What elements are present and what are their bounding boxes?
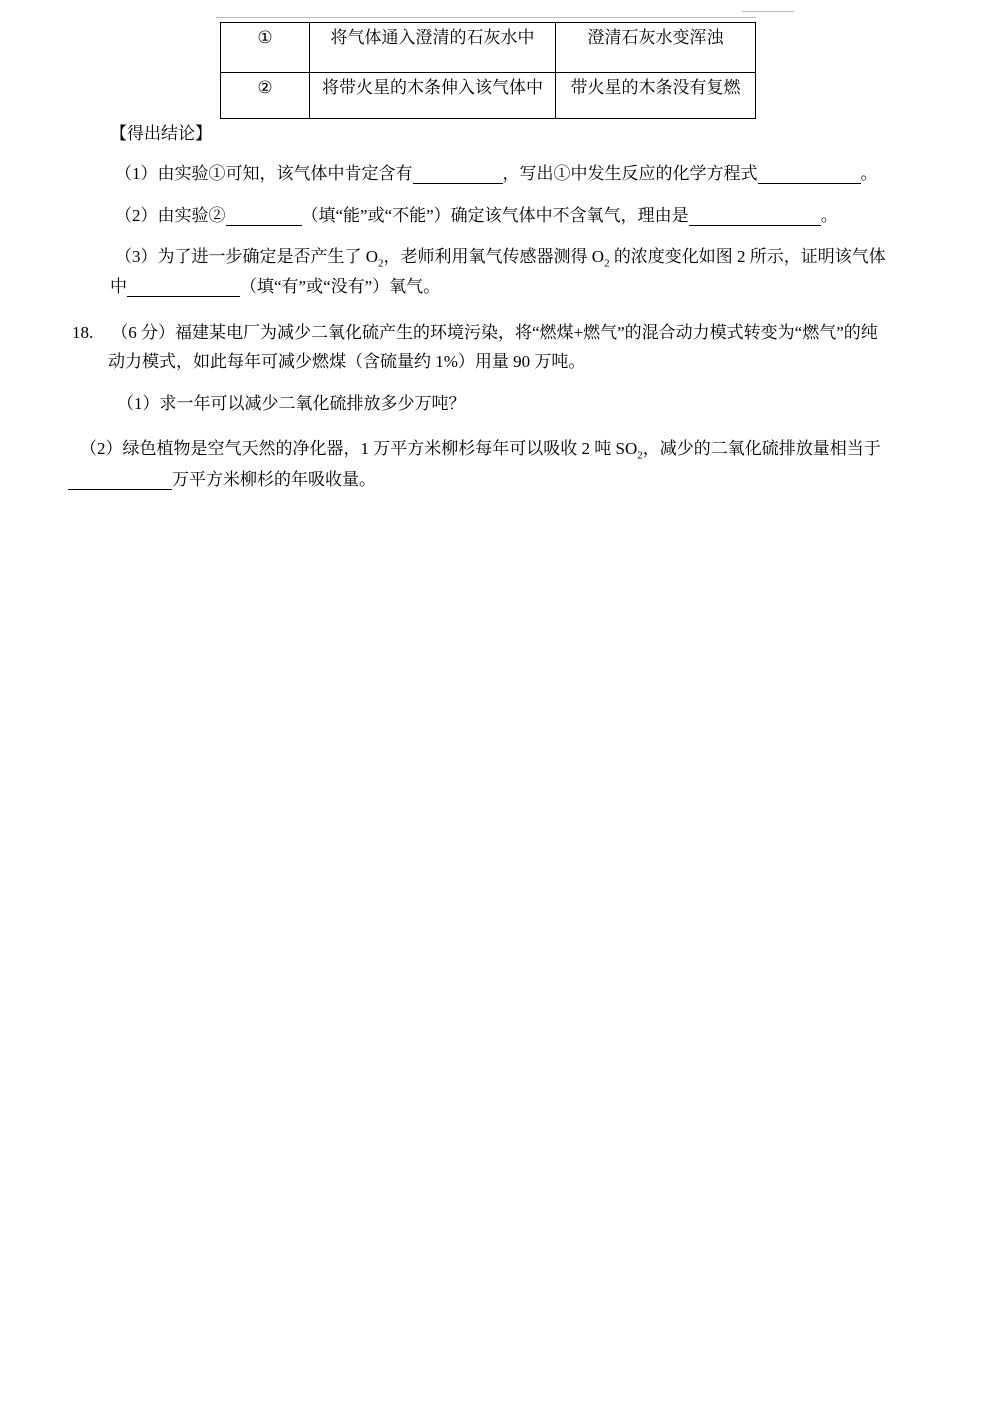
text-segment: ，老师利用氧气传感器测得 O [384,247,605,266]
experiment-2-number-cell: ② [221,73,310,119]
experiment-table: ① 将气体通入澄清的石灰水中 澄清石灰水变浑浊 ② 将带火星的木条伸入该气体中 … [220,22,756,119]
experiment-1-number-cell: ① [221,23,310,73]
text-segment: ，减少的二氧化硫排放量相当于 [643,439,881,458]
experiment-2-operation-cell: 将带火星的木条伸入该气体中 [310,73,556,119]
question-18-line2: 动力模式，如此每年可减少燃煤（含硫量约 1%）用量 90 万吨。 [108,351,585,372]
fill-in-blank [226,206,302,226]
fill-in-blank [68,470,172,490]
text-segment: ，写出①中发生反应的化学方程式 [503,164,758,183]
cutoff-table-edge-artifact [742,11,794,12]
question-18-part1: （1）求一年可以减少二氧化硫排放多少万吨？ [117,393,466,414]
experiment-1-phenomenon-cell: 澄清石灰水变浑浊 [556,23,756,73]
fill-in-blank [689,206,821,226]
text-segment: （6 分）福建某电厂为减少二氧化硫产生的环境污染，将“燃煤+燃气”的混合动力模式… [111,323,878,342]
text-segment: （填“能”或“不能”）确定该气体中不含氧气，理由是 [302,206,689,225]
text-segment: 动力模式，如此每年可减少燃煤（含硫量约 1%）用量 90 万吨。 [108,352,585,371]
question-18-line1: 18.（6 分）福建某电厂为减少二氧化硫产生的环境污染，将“燃煤+燃气”的混合动… [72,322,878,343]
experiment-1-operation-cell: 将气体通入澄清的石灰水中 [310,23,556,73]
text-segment: 万平方米柳杉的年吸收量。 [172,470,376,489]
text-segment: （填“有”或“没有”）氧气。 [240,277,440,296]
text-segment: 18. [72,323,93,342]
experiment-table-row: ① 将气体通入澄清的石灰水中 澄清石灰水变浑浊 [221,23,756,73]
text-segment: （1）由实验①可知，该气体中肯定含有 [115,164,413,183]
text-segment: 。 [821,206,838,225]
experiment-table-row: ② 将带火星的木条伸入该气体中 带火星的木条没有复燃 [221,73,756,119]
text-segment: （2）由实验② [115,206,226,225]
conclusion-q3-line1: （3）为了进一步确定是否产生了 O2，老师利用氧气传感器测得 O2 的浓度变化如… [115,246,886,267]
fill-in-blank [758,164,861,184]
text-segment: 。 [861,164,878,183]
conclusion-heading: 【得出结论】 [110,123,212,144]
text-segment: 【得出结论】 [110,124,212,143]
cutoff-table-edge-artifact [216,17,756,18]
experiment-2-phenomenon-cell: 带火星的木条没有复燃 [556,73,756,119]
conclusion-q2: （2）由实验②（填“能”或“不能”）确定该气体中不含氧气，理由是。 [115,205,838,226]
text-segment: 中 [110,277,127,296]
exam-document-page: ① 将气体通入澄清的石灰水中 澄清石灰水变浑浊 ② 将带火星的木条伸入该气体中 … [0,0,992,1403]
text-segment: （2）绿色植物是空气天然的净化器，1 万平方米柳杉每年可以吸收 2 吨 SO [80,439,637,458]
fill-in-blank [413,164,503,184]
conclusion-q1: （1）由实验①可知，该气体中肯定含有，写出①中发生反应的化学方程式。 [115,163,878,184]
text-segment: （3）为了进一步确定是否产生了 O [115,247,378,266]
conclusion-q3-line2: 中（填“有”或“没有”）氧气。 [110,276,440,297]
text-segment: 的浓度变化如图 2 所示，证明该气体 [610,247,886,266]
text-segment: （1）求一年可以减少二氧化硫排放多少万吨？ [117,394,466,413]
question-18-part2-line1: （2）绿色植物是空气天然的净化器，1 万平方米柳杉每年可以吸收 2 吨 SO2，… [80,438,881,459]
question-18-part2-line2: 万平方米柳杉的年吸收量。 [68,469,376,490]
fill-in-blank [127,277,240,297]
